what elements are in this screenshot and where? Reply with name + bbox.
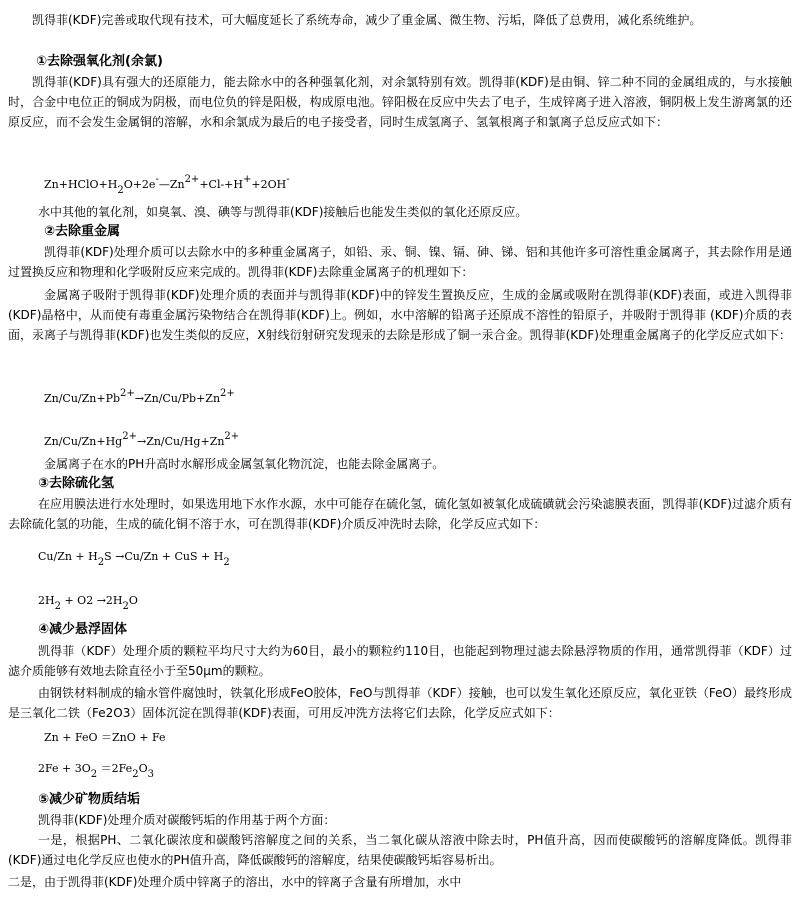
section-2-para-3: 金属离子在水的PH升高时水解形成金属氢氧化物沉淀，也能去除金属离子。	[44, 454, 794, 474]
section-1-title: ①去除强氧化剂(余氯)	[36, 52, 163, 72]
section-2-para-2: 金属离子吸附于凯得菲(KDF)处理介质的表面并与凯得菲(KDF)中的锌发生置换反…	[8, 285, 792, 345]
section-5-para-3: 二是，由于凯得菲(KDF)处理介质中锌离子的溶出，水中的锌离子含量有所增加，水中	[8, 872, 792, 892]
section-5-para-1: 凯得菲(KDF)处理介质对碳酸钙垢的作用基于两个方面：	[8, 810, 792, 830]
section-3-formula-1: Cu/Zn + H2S →Cu/Zn + CuS + H2	[38, 547, 230, 573]
section-2-formula-2: Zn/Cu/Zn+Hg2+→Zn/Cu/Hg+Zn2+	[44, 427, 239, 452]
section-4-para-1: 凯得菲（KDF）处理介质的颗粒平均尺寸大约为60目，最小的颗粒约110目，也能起…	[8, 641, 792, 681]
section-1-para-1: 凯得菲(KDF)具有强大的还原能力，能去除水中的各种强氧化剂，对余氯特别有效。凯…	[8, 72, 792, 132]
intro-paragraph: 凯得菲(KDF)完善或取代现有技术，可大幅度延长了系统寿命，减少了重金属、微生物…	[8, 10, 792, 30]
section-2-para-1: 凯得菲(KDF)处理介质可以去除水中的多种重金属离子，如铅、汞、铜、镍、镉、砷、…	[8, 242, 792, 282]
section-4-title: ④减少悬浮固体	[38, 620, 127, 640]
section-3-title: ③去除硫化氢	[38, 474, 114, 494]
section-5-para-2: 一是，根据PH、二氧化碳浓度和碳酸钙溶解度之间的关系，当二氧化碳从溶液中除去时，…	[8, 830, 792, 870]
intro-line-1: 凯得菲(KDF)完善或取代现有技术，可大幅度延长了系统寿命，减少了重金属、微生物…	[32, 13, 677, 27]
section-4-formula-1: Zn + FeO ＝ZnO + Fe	[44, 728, 166, 748]
intro-line-2: 护。	[677, 13, 701, 27]
section-2-formula-1: Zn/Cu/Zn+Pb2+→Zn/Cu/Pb+Zn2+	[44, 384, 235, 409]
section-4-para-2: 由钢铁材料制成的输水管件腐蚀时，铁氧化形成FeO胶体，FeO与凯得菲（KDF）接…	[8, 683, 792, 723]
section-1-formula: Zn+HClO+H2O+2e-—Zn2++Cl-+H++2OH-	[44, 170, 290, 201]
section-4-formula-2: 2Fe + 3O2 ＝2Fe2O3	[38, 759, 154, 785]
section-1-para-2: 水中其他的氧化剂，如臭氧、溴、碘等与凯得菲(KDF)接触后也能发生类似的氧化还原…	[38, 202, 798, 222]
section-2-title: ②去除重金属	[44, 222, 120, 242]
section-3-formula-2: 2H2 + O2 →2H2O	[38, 591, 138, 617]
section-3-para-1: 在应用膜法进行水处理时，如果选用地下水作水源，水中可能存在硫化氢，硫化氢如被氧化…	[8, 494, 792, 534]
section-5-title: ⑤减少矿物质结垢	[38, 790, 140, 810]
